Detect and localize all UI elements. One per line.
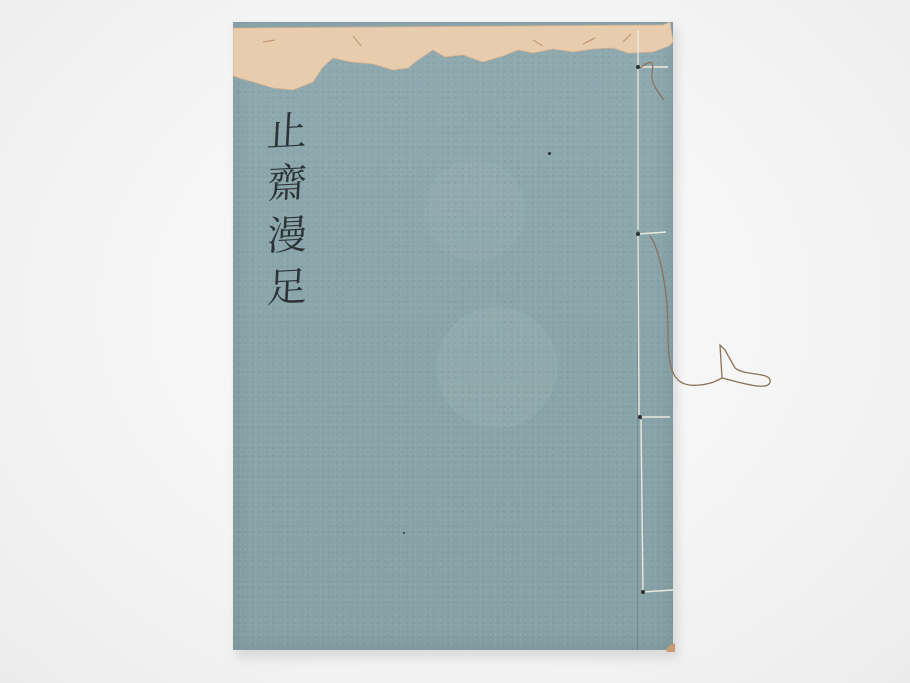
ink-speck bbox=[403, 532, 405, 534]
book-cover: 止 齋 漫 足 bbox=[233, 22, 673, 650]
title-char-1: 止 bbox=[256, 104, 319, 159]
worn-top-edge bbox=[233, 22, 673, 97]
photo-scene: 止 齋 漫 足 bbox=[0, 0, 910, 683]
ink-speck bbox=[548, 152, 551, 155]
title-char-2: 齋 bbox=[256, 156, 319, 211]
title-char-3: 漫 bbox=[256, 208, 319, 263]
spine-fold-line bbox=[637, 52, 638, 650]
handwritten-title: 止 齋 漫 足 bbox=[257, 106, 317, 336]
title-char-4: 足 bbox=[256, 260, 319, 315]
corner-wear bbox=[661, 638, 675, 652]
